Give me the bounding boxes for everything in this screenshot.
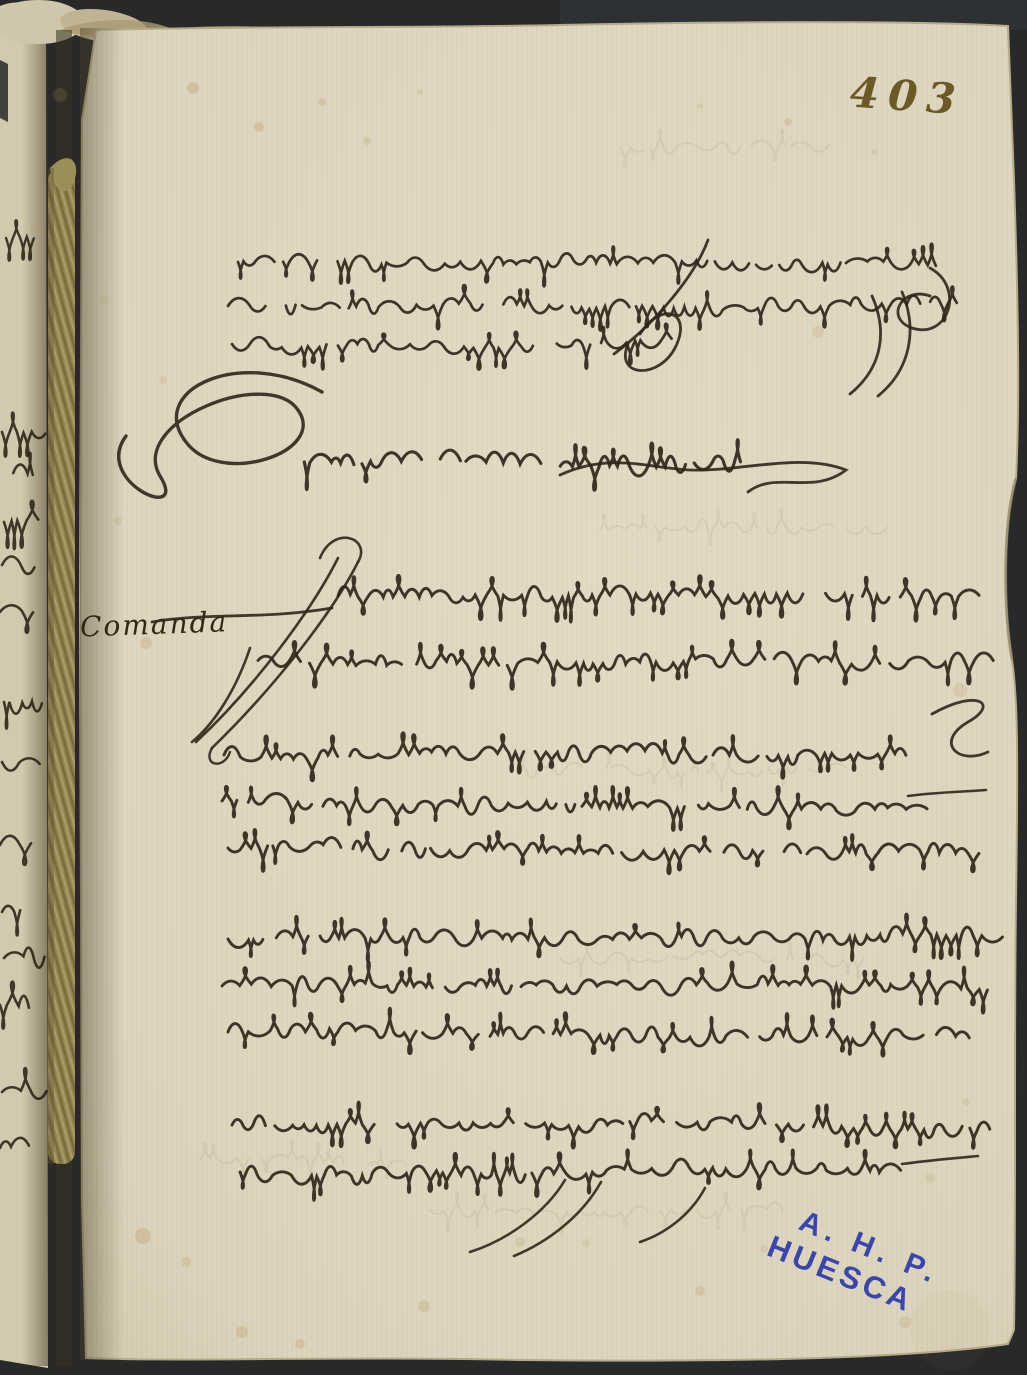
foxing-spot — [114, 517, 122, 525]
folio-number: 403 — [848, 68, 966, 125]
foxing-spot — [418, 1300, 430, 1312]
foxing-spot — [962, 1098, 970, 1106]
foxing-spot — [318, 98, 326, 106]
foxing-spot — [159, 376, 167, 384]
foxing-spot — [30, 225, 40, 235]
margin-note-text: Comanda — [79, 605, 228, 643]
facing-page-edge — [0, 3, 48, 1368]
foxing-spot — [187, 82, 199, 94]
foxing-spot — [135, 1228, 151, 1244]
left-edge-shadow — [0, 60, 8, 122]
manuscript-scan: 403 Comanda A. H. P. HUESCA — [0, 0, 1027, 1375]
margin-note: Comanda — [79, 605, 228, 643]
foxing-spot — [695, 1286, 705, 1296]
foxing-spot — [363, 137, 371, 145]
manuscript-svg: 403 Comanda A. H. P. HUESCA — [0, 0, 1027, 1375]
foxing-spot — [254, 122, 264, 132]
foxing-spot — [812, 326, 824, 338]
foxing-spot — [295, 1339, 305, 1349]
foxing-spot — [784, 118, 792, 126]
foxing-spot — [515, 1237, 525, 1247]
foxing-spot — [582, 1239, 590, 1247]
foxing-spot — [181, 1257, 191, 1267]
foxing-spot — [910, 1290, 990, 1370]
gutter-shading — [80, 28, 124, 1360]
foxing-spot — [101, 296, 109, 304]
foxing-spot — [53, 88, 67, 102]
foxing-spot — [236, 1326, 248, 1338]
foxing-spot — [871, 149, 877, 155]
folio-number-text: 403 — [848, 68, 966, 125]
foxing-spot — [953, 683, 967, 697]
foxing-spot — [925, 1173, 935, 1183]
foxing-spot — [697, 103, 703, 109]
laid-paper-texture — [80, 22, 1018, 1361]
foxing-spot — [417, 89, 423, 95]
